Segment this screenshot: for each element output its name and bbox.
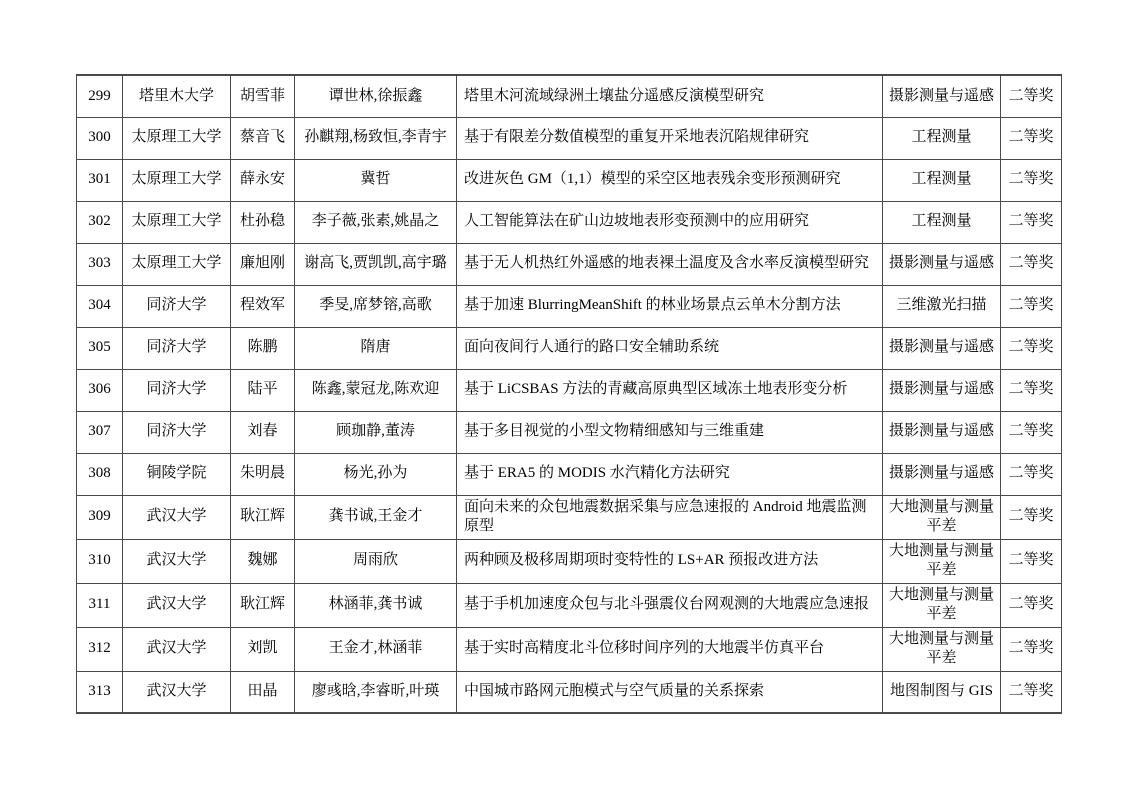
cell-work-title: 面向未来的众包地震数据采集与应急速报的 Android 地震监测原型 — [457, 495, 883, 539]
cell-no: 307 — [77, 411, 123, 453]
cell-no: 305 — [77, 327, 123, 369]
cell-work-title: 基于有限差分数值模型的重复开采地表沉陷规律研究 — [457, 117, 883, 159]
cell-no: 313 — [77, 671, 123, 713]
cell-award: 二等奖 — [1001, 75, 1062, 117]
cell-university: 同济大学 — [123, 369, 231, 411]
cell-university: 同济大学 — [123, 327, 231, 369]
cell-category: 大地测量与测量平差 — [883, 583, 1001, 627]
cell-university: 塔里木大学 — [123, 75, 231, 117]
cell-members: 隋唐 — [295, 327, 457, 369]
table-row: 310 武汉大学 魏娜 周雨欣 两种顾及极移周期项时变特性的 LS+AR 预报改… — [77, 539, 1062, 583]
cell-leader: 田晶 — [231, 671, 295, 713]
cell-work-title: 塔里木河流域绿洲土壤盐分遥感反演模型研究 — [457, 75, 883, 117]
cell-leader: 魏娜 — [231, 539, 295, 583]
cell-work-title: 基于无人机热红外遥感的地表裸土温度及含水率反演模型研究 — [457, 243, 883, 285]
cell-university: 太原理工大学 — [123, 159, 231, 201]
cell-leader: 薛永安 — [231, 159, 295, 201]
cell-university: 武汉大学 — [123, 583, 231, 627]
cell-no: 304 — [77, 285, 123, 327]
cell-category: 工程测量 — [883, 201, 1001, 243]
cell-category: 大地测量与测量平差 — [883, 495, 1001, 539]
cell-leader: 刘凯 — [231, 627, 295, 671]
cell-leader: 朱明晨 — [231, 453, 295, 495]
cell-work-title: 基于手机加速度众包与北斗强震仪台网观测的大地震应急速报 — [457, 583, 883, 627]
cell-members: 冀哲 — [295, 159, 457, 201]
cell-no: 311 — [77, 583, 123, 627]
cell-university: 太原理工大学 — [123, 243, 231, 285]
cell-category: 摄影测量与遥感 — [883, 327, 1001, 369]
cell-award: 二等奖 — [1001, 117, 1062, 159]
table-row: 303 太原理工大学 廉旭刚 谢高飞,贾凯凯,高宇璐 基于无人机热红外遥感的地表… — [77, 243, 1062, 285]
cell-work-title: 基于 LiCSBAS 方法的青藏高原典型区域冻土地表形变分析 — [457, 369, 883, 411]
cell-no: 299 — [77, 75, 123, 117]
cell-leader: 杜孙稳 — [231, 201, 295, 243]
cell-members: 王金才,林涵菲 — [295, 627, 457, 671]
table-row: 308 铜陵学院 朱明晨 杨光,孙为 基于 ERA5 的 MODIS 水汽精化方… — [77, 453, 1062, 495]
cell-university: 武汉大学 — [123, 627, 231, 671]
cell-category: 地图制图与 GIS — [883, 671, 1001, 713]
table-row: 301 太原理工大学 薛永安 冀哲 改进灰色 GM（1,1）模型的采空区地表残余… — [77, 159, 1062, 201]
cell-award: 二等奖 — [1001, 411, 1062, 453]
cell-category: 大地测量与测量平差 — [883, 627, 1001, 671]
table-row: 313 武汉大学 田晶 廖彧晗,李睿昕,叶瑛 中国城市路网元胞模式与空气质量的关… — [77, 671, 1062, 713]
cell-award: 二等奖 — [1001, 159, 1062, 201]
cell-award: 二等奖 — [1001, 671, 1062, 713]
cell-leader: 陈鹏 — [231, 327, 295, 369]
cell-no: 310 — [77, 539, 123, 583]
cell-category: 大地测量与测量平差 — [883, 539, 1001, 583]
cell-university: 武汉大学 — [123, 671, 231, 713]
cell-members: 龚书诚,王金才 — [295, 495, 457, 539]
cell-award: 二等奖 — [1001, 495, 1062, 539]
cell-members: 林涵菲,龚书诚 — [295, 583, 457, 627]
cell-award: 二等奖 — [1001, 285, 1062, 327]
cell-award: 二等奖 — [1001, 627, 1062, 671]
cell-members: 季旻,席梦镕,高歌 — [295, 285, 457, 327]
cell-members: 谭世林,徐振鑫 — [295, 75, 457, 117]
table-row: 300 太原理工大学 蔡音飞 孙麒翔,杨致恒,李青宇 基于有限差分数值模型的重复… — [77, 117, 1062, 159]
cell-leader: 耿江辉 — [231, 495, 295, 539]
cell-university: 武汉大学 — [123, 495, 231, 539]
cell-work-title: 中国城市路网元胞模式与空气质量的关系探索 — [457, 671, 883, 713]
cell-category: 摄影测量与遥感 — [883, 75, 1001, 117]
cell-category: 摄影测量与遥感 — [883, 411, 1001, 453]
cell-work-title: 人工智能算法在矿山边坡地表形变预测中的应用研究 — [457, 201, 883, 243]
awards-table: 299 塔里木大学 胡雪菲 谭世林,徐振鑫 塔里木河流域绿洲土壤盐分遥感反演模型… — [76, 74, 1062, 714]
cell-category: 摄影测量与遥感 — [883, 369, 1001, 411]
cell-university: 同济大学 — [123, 411, 231, 453]
cell-award: 二等奖 — [1001, 327, 1062, 369]
cell-university: 太原理工大学 — [123, 117, 231, 159]
cell-category: 工程测量 — [883, 117, 1001, 159]
cell-category: 摄影测量与遥感 — [883, 453, 1001, 495]
cell-category: 工程测量 — [883, 159, 1001, 201]
table-row: 302 太原理工大学 杜孙稳 李子薇,张素,姚晶之 人工智能算法在矿山边坡地表形… — [77, 201, 1062, 243]
table-row: 309 武汉大学 耿江辉 龚书诚,王金才 面向未来的众包地震数据采集与应急速报的… — [77, 495, 1062, 539]
cell-award: 二等奖 — [1001, 201, 1062, 243]
cell-university: 武汉大学 — [123, 539, 231, 583]
cell-no: 306 — [77, 369, 123, 411]
cell-members: 杨光,孙为 — [295, 453, 457, 495]
cell-members: 李子薇,张素,姚晶之 — [295, 201, 457, 243]
cell-award: 二等奖 — [1001, 539, 1062, 583]
table-row: 311 武汉大学 耿江辉 林涵菲,龚书诚 基于手机加速度众包与北斗强震仪台网观测… — [77, 583, 1062, 627]
cell-work-title: 面向夜间行人通行的路口安全辅助系统 — [457, 327, 883, 369]
cell-leader: 廉旭刚 — [231, 243, 295, 285]
table-row: 304 同济大学 程效军 季旻,席梦镕,高歌 基于加速 BlurringMean… — [77, 285, 1062, 327]
table-row: 299 塔里木大学 胡雪菲 谭世林,徐振鑫 塔里木河流域绿洲土壤盐分遥感反演模型… — [77, 75, 1062, 117]
cell-work-title: 改进灰色 GM（1,1）模型的采空区地表残余变形预测研究 — [457, 159, 883, 201]
cell-no: 312 — [77, 627, 123, 671]
cell-leader: 刘春 — [231, 411, 295, 453]
table-row: 312 武汉大学 刘凯 王金才,林涵菲 基于实时高精度北斗位移时间序列的大地震半… — [77, 627, 1062, 671]
cell-members: 周雨欣 — [295, 539, 457, 583]
cell-award: 二等奖 — [1001, 453, 1062, 495]
cell-no: 302 — [77, 201, 123, 243]
cell-leader: 蔡音飞 — [231, 117, 295, 159]
document-page: 299 塔里木大学 胡雪菲 谭世林,徐振鑫 塔里木河流域绿洲土壤盐分遥感反演模型… — [0, 0, 1123, 794]
table-row: 305 同济大学 陈鹏 隋唐 面向夜间行人通行的路口安全辅助系统 摄影测量与遥感… — [77, 327, 1062, 369]
cell-no: 301 — [77, 159, 123, 201]
cell-leader: 耿江辉 — [231, 583, 295, 627]
cell-university: 太原理工大学 — [123, 201, 231, 243]
cell-category: 三维激光扫描 — [883, 285, 1001, 327]
cell-work-title: 基于加速 BlurringMeanShift 的林业场景点云单木分割方法 — [457, 285, 883, 327]
cell-no: 308 — [77, 453, 123, 495]
cell-members: 顾珈静,董涛 — [295, 411, 457, 453]
cell-award: 二等奖 — [1001, 583, 1062, 627]
cell-no: 309 — [77, 495, 123, 539]
cell-leader: 陆平 — [231, 369, 295, 411]
cell-work-title: 基于 ERA5 的 MODIS 水汽精化方法研究 — [457, 453, 883, 495]
cell-university: 同济大学 — [123, 285, 231, 327]
cell-award: 二等奖 — [1001, 243, 1062, 285]
cell-members: 廖彧晗,李睿昕,叶瑛 — [295, 671, 457, 713]
cell-university: 铜陵学院 — [123, 453, 231, 495]
cell-award: 二等奖 — [1001, 369, 1062, 411]
table-row: 306 同济大学 陆平 陈鑫,蒙冠龙,陈欢迎 基于 LiCSBAS 方法的青藏高… — [77, 369, 1062, 411]
table-row: 307 同济大学 刘春 顾珈静,董涛 基于多目视觉的小型文物精细感知与三维重建 … — [77, 411, 1062, 453]
cell-leader: 程效军 — [231, 285, 295, 327]
cell-work-title: 两种顾及极移周期项时变特性的 LS+AR 预报改进方法 — [457, 539, 883, 583]
cell-work-title: 基于实时高精度北斗位移时间序列的大地震半仿真平台 — [457, 627, 883, 671]
cell-no: 303 — [77, 243, 123, 285]
cell-leader: 胡雪菲 — [231, 75, 295, 117]
cell-members: 谢高飞,贾凯凯,高宇璐 — [295, 243, 457, 285]
cell-work-title: 基于多目视觉的小型文物精细感知与三维重建 — [457, 411, 883, 453]
cell-category: 摄影测量与遥感 — [883, 243, 1001, 285]
cell-no: 300 — [77, 117, 123, 159]
cell-members: 孙麒翔,杨致恒,李青宇 — [295, 117, 457, 159]
cell-members: 陈鑫,蒙冠龙,陈欢迎 — [295, 369, 457, 411]
